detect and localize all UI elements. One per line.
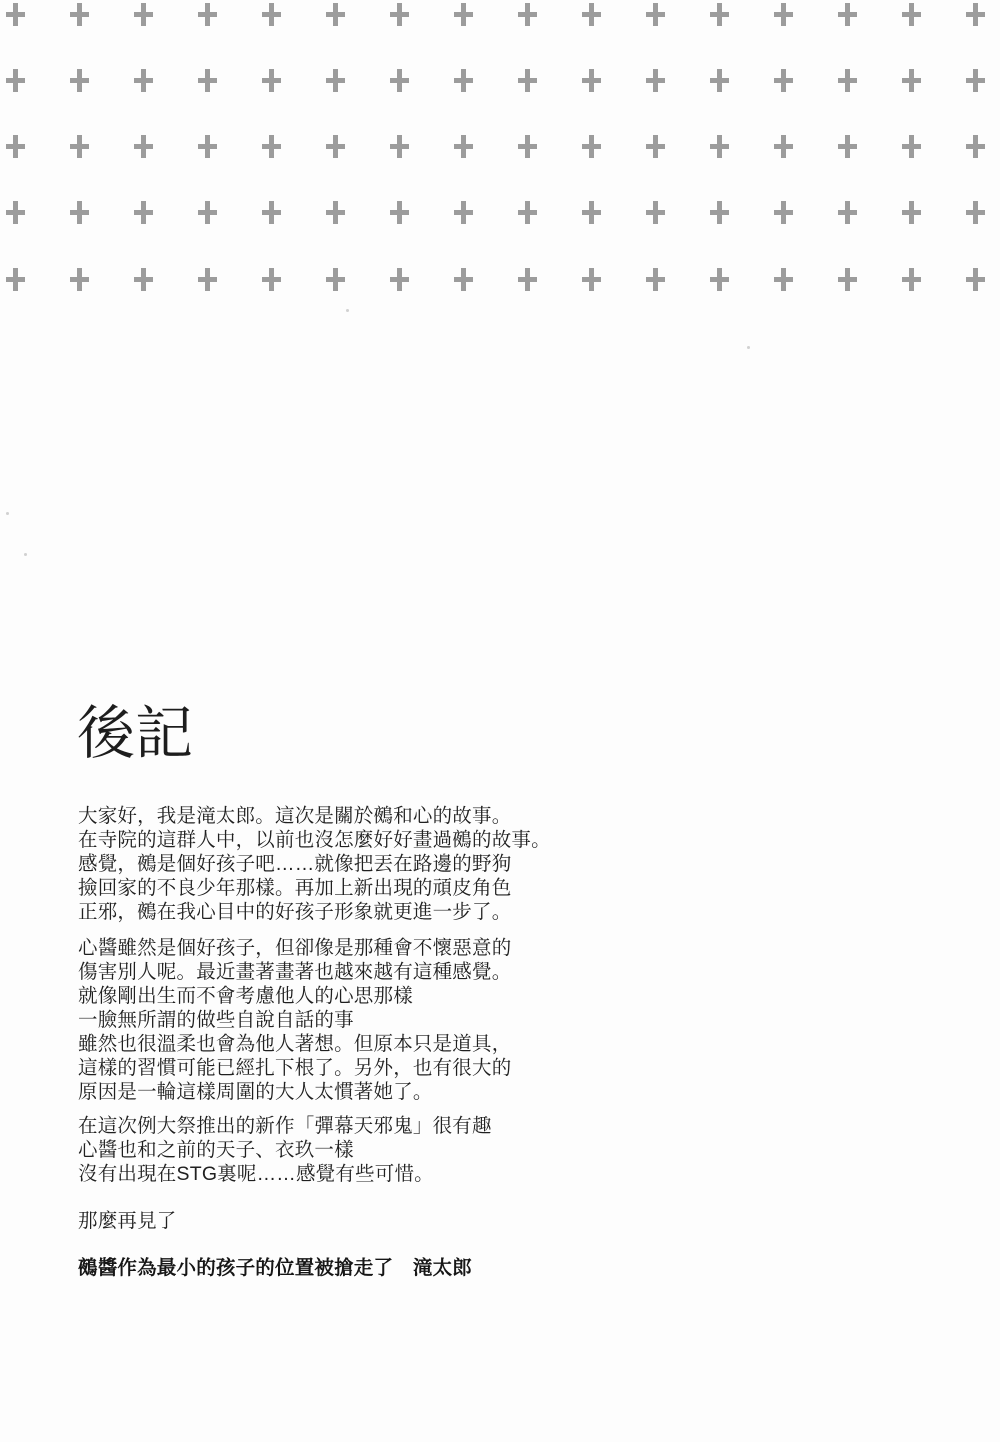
plus-icon [966,135,985,158]
plus-icon [262,201,281,224]
plus-icon [6,3,25,26]
plus-icon [518,268,537,291]
plus-icon [198,268,217,291]
paragraph: 那麼再見了 [78,1209,638,1233]
plus-icon [838,69,857,92]
plus-icon [134,268,153,291]
plus-icon [326,201,345,224]
plus-icon [710,135,729,158]
plus-icon [390,268,409,291]
plus-icon [262,69,281,92]
paragraph: 大家好，我是滝太郎。這次是關於鵺和心的故事。在寺院的這群人中，以前也沒怎麼好好畫… [78,804,638,924]
plus-icon [838,201,857,224]
plus-icon [774,3,793,26]
paragraph: 心醬雖然是個好孩子，但卻像是那種會不懷惡意的傷害別人呢。最近畫著畫著也越來越有這… [78,936,638,1104]
plus-icon [518,69,537,92]
plus-icon [582,268,601,291]
plus-icon [902,135,921,158]
plus-icon [966,69,985,92]
plus-icon [454,268,473,291]
plus-icon [454,201,473,224]
scan-speck [6,512,9,515]
plus-icon [774,268,793,291]
plus-icon [326,135,345,158]
plus-icon [582,69,601,92]
plus-icon [902,69,921,92]
plus-icon [198,201,217,224]
afterword-page: 後記 大家好，我是滝太郎。這次是關於鵺和心的故事。在寺院的這群人中，以前也沒怎麼… [0,0,1000,1442]
plus-icon [646,3,665,26]
plus-icon [134,135,153,158]
plus-icon [966,3,985,26]
plus-icon [518,3,537,26]
plus-icon [838,135,857,158]
plus-icon [262,268,281,291]
plus-icon [454,69,473,92]
plus-icon [134,3,153,26]
plus-icon [70,3,89,26]
plus-icon [70,135,89,158]
plus-icon [6,135,25,158]
signature-line: 鵺醬作為最小的孩子的位置被搶走了 滝太郎 [78,1256,638,1280]
plus-icon [710,268,729,291]
plus-icon [710,69,729,92]
plus-icon [198,69,217,92]
plus-icon [646,201,665,224]
plus-icon [838,3,857,26]
plus-icon [710,3,729,26]
scan-speck [346,309,349,312]
plus-icon [390,135,409,158]
plus-icon [902,201,921,224]
plus-icon [838,268,857,291]
plus-icon [262,3,281,26]
plus-icon [774,201,793,224]
plus-icon [518,201,537,224]
plus-icon [198,135,217,158]
plus-icon [902,3,921,26]
plus-icon [70,268,89,291]
plus-icon [902,268,921,291]
plus-icon [774,69,793,92]
plus-icon [646,69,665,92]
plus-icon [134,201,153,224]
scan-speck [747,346,750,349]
plus-pattern [0,0,1000,310]
plus-icon [454,135,473,158]
plus-icon [966,268,985,291]
plus-icon [326,3,345,26]
plus-icon [70,201,89,224]
plus-icon [518,135,537,158]
plus-icon [326,268,345,291]
plus-icon [70,69,89,92]
page-title: 後記 [77,698,193,771]
paragraph: 在這次例大祭推出的新作「彈幕天邪鬼」很有趣心醬也和之前的天子、衣玖一樣沒有出現在… [78,1114,638,1186]
plus-icon [582,135,601,158]
plus-icon [390,201,409,224]
scan-speck [24,553,27,556]
plus-icon [774,135,793,158]
plus-icon [454,3,473,26]
plus-icon [390,69,409,92]
afterword-body: 大家好，我是滝太郎。這次是關於鵺和心的故事。在寺院的這群人中，以前也沒怎麼好好畫… [78,804,638,1233]
plus-icon [6,201,25,224]
plus-icon [326,69,345,92]
plus-icon [646,135,665,158]
plus-icon [198,3,217,26]
plus-icon [6,268,25,291]
plus-icon [646,268,665,291]
plus-icon [390,3,409,26]
plus-icon [710,201,729,224]
plus-icon [134,69,153,92]
afterword-text: 大家好，我是滝太郎。這次是關於鵺和心的故事。在寺院的這群人中，以前也沒怎麼好好畫… [78,804,638,1292]
plus-icon [262,135,281,158]
plus-icon [582,3,601,26]
plus-icon [582,201,601,224]
plus-icon [966,201,985,224]
plus-icon [6,69,25,92]
